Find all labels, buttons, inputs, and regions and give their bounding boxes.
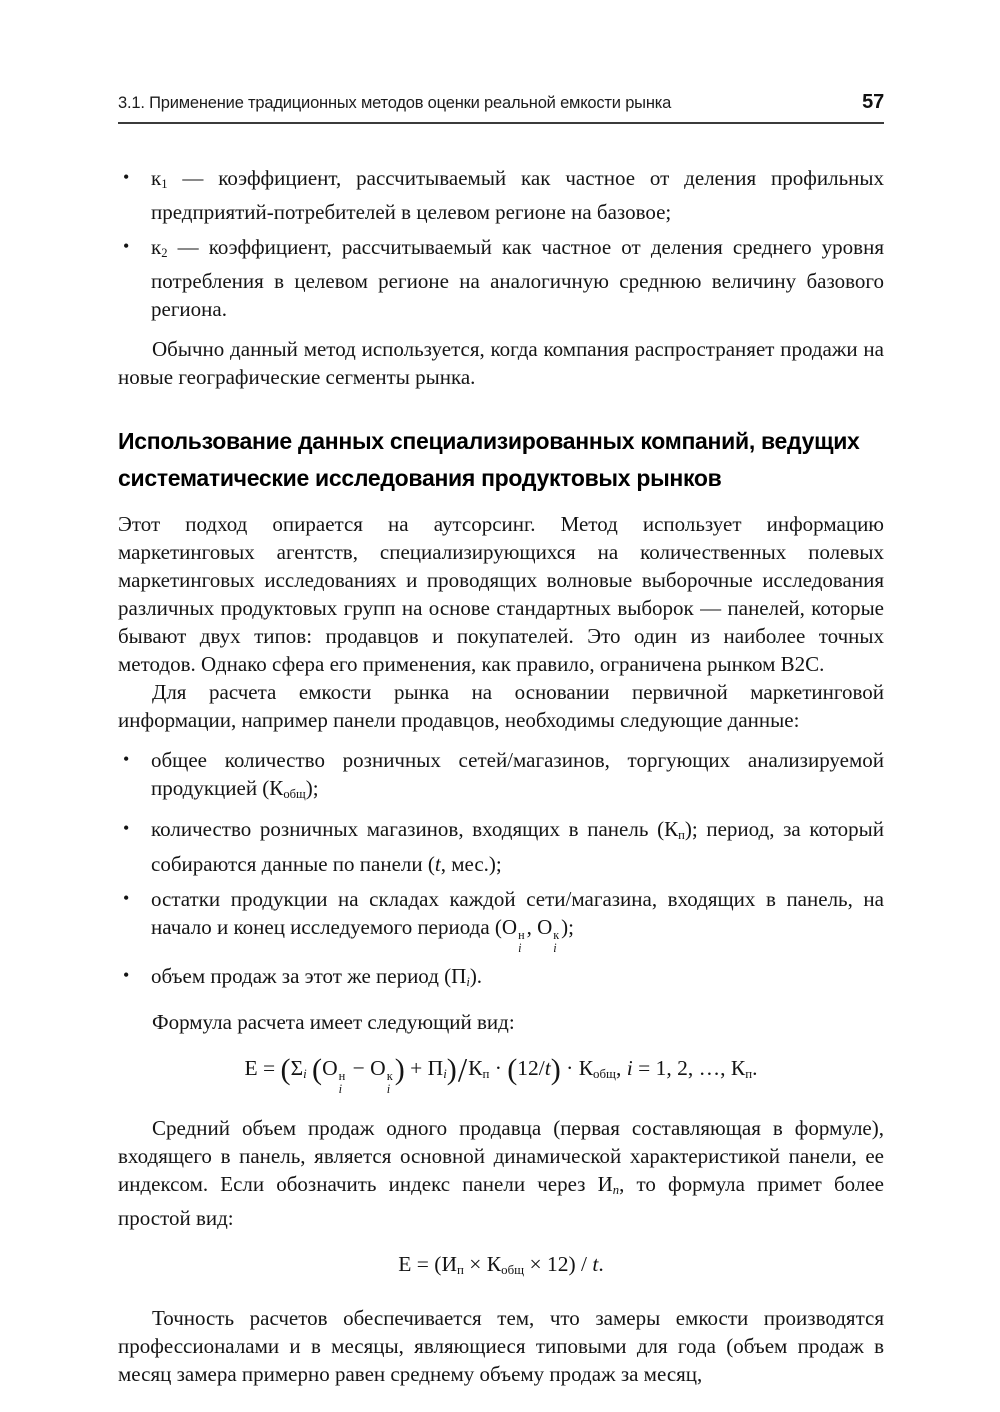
bullet-icon: • (123, 745, 129, 773)
list-item-text: к2 — коэффициент, рассчитываемый как час… (151, 235, 884, 321)
list-item-text: остатки продукции на складах каждой сети… (151, 887, 884, 939)
bullet-icon: • (123, 814, 129, 842)
paragraph-approach: Этот подход опирается на аутсорсинг. Мет… (118, 510, 884, 678)
paragraph-average: Средний объем продаж одного продавца (пе… (118, 1114, 884, 1232)
bullet-icon: • (123, 232, 129, 260)
page-body: • к1 — коэффициент, рассчитываемый как ч… (118, 164, 884, 1388)
running-header-row: 3.1. Применение традиционных методов оце… (118, 92, 884, 113)
list-item-text: общее количество розничных сетей/магазин… (151, 748, 884, 800)
list-item: • количество розничных магазинов, входящ… (118, 815, 884, 877)
coefficient-list: • к1 — коэффициент, рассчитываемый как ч… (118, 164, 884, 323)
bullet-icon: • (123, 884, 129, 912)
capacity-formula: Е = (Σi (Онi − Окi) + Пi)/Кп · (12/t) · … (118, 1051, 884, 1097)
list-item: • общее количество розничных сетей/магаз… (118, 746, 884, 808)
paragraph-accuracy: Точность расчетов обеспечивается тем, чт… (118, 1304, 884, 1388)
paragraph-formula-intro: Формула расчета имеет следующий вид: (118, 1008, 884, 1036)
running-header-title: 3.1. Применение традиционных методов оце… (118, 93, 671, 113)
list-item: • к1 — коэффициент, рассчитываемый как ч… (118, 164, 884, 226)
list-item-text: объем продаж за этот же период (Пi). (151, 964, 482, 988)
section-heading: Использование данных специализированных … (118, 423, 884, 497)
list-item-text: количество розничных магазинов, входящих… (151, 817, 884, 875)
paragraph-for-calc: Для расчета емкости рынка на основании п… (118, 678, 884, 734)
bullet-icon: • (123, 163, 129, 191)
paragraph-usually: Обычно данный метод используется, когда … (118, 335, 884, 391)
panel-data-list: • общее количество розничных сетей/магаз… (118, 746, 884, 995)
page-number: 57 (862, 92, 884, 112)
simplified-formula: Е = (Ип × Кобщ × 12) / t. (118, 1247, 884, 1287)
header-rule (118, 122, 884, 124)
bullet-icon: • (123, 961, 129, 989)
list-item: • объем продаж за этот же период (Пi). (118, 962, 884, 996)
list-item: • остатки продукции на складах каждой се… (118, 885, 884, 955)
running-header: 3.1. Применение традиционных методов оце… (118, 92, 884, 124)
list-item: • к2 — коэффициент, рассчитываемый как ч… (118, 233, 884, 323)
book-page: 3.1. Применение традиционных методов оце… (0, 0, 1000, 1412)
list-item-text: к1 — коэффициент, рассчитываемый как час… (151, 166, 884, 224)
